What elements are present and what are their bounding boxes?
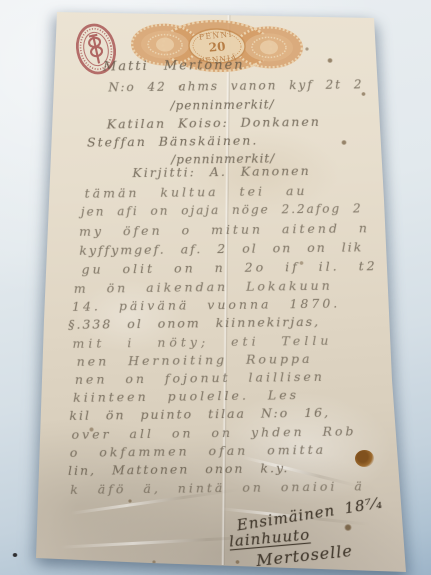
handwriting-line: gu olit on n 2o if il. t2 bbox=[81, 258, 377, 277]
handwritten-text-block: Matti Mertonen N:o 42 ahms vanon kyf 2t … bbox=[0, 0, 431, 575]
handwriting-line: tämän kultua tei au bbox=[85, 183, 308, 201]
paper-shadow-wrap: PENNI 20 PENNIÄ Matti Mertonen N:o 42 ah… bbox=[0, 0, 431, 575]
stain-spot bbox=[344, 524, 352, 531]
handwriting-line: kil ön puinto tilaa N:o 16, bbox=[69, 405, 330, 423]
stain-spot bbox=[152, 560, 156, 564]
handwriting-line: jen afi on ojaja nöge 2.2afog 2 bbox=[81, 201, 363, 218]
handwriting-line: 14. päivänä vuonna 1870. bbox=[72, 296, 340, 314]
handwriting-line: mit i nöty; eti Tellu bbox=[72, 333, 332, 351]
stain-spot bbox=[327, 58, 333, 63]
handwriting-line: kiinteen puolelle. Les bbox=[73, 387, 299, 405]
handwriting-line: Steffan Bänskäinen. bbox=[87, 133, 258, 150]
handwriting-line: lin, Mattonen onon k.y. bbox=[68, 460, 290, 478]
ink-stain bbox=[355, 450, 374, 467]
stain-spot bbox=[89, 427, 94, 432]
document-paper: PENNI 20 PENNIÄ Matti Mertonen N:o 42 ah… bbox=[0, 0, 431, 575]
stain-spot bbox=[299, 261, 304, 265]
handwriting-line: Kirjitti: A. Kanonen bbox=[132, 163, 310, 180]
stain-spot bbox=[305, 47, 309, 51]
stain-spot bbox=[128, 499, 132, 503]
handwriting-line: over all on on yhden Rob bbox=[71, 423, 356, 441]
photo-of-document: PENNI 20 PENNIÄ Matti Mertonen N:o 42 ah… bbox=[0, 0, 431, 575]
handwriting-line: kyffymgef. af. 2 ol on on lik bbox=[79, 239, 363, 257]
handwriting-line: nen on fojonut laillisen bbox=[75, 369, 325, 387]
handwriting-line: Matti Mertonen bbox=[103, 58, 245, 75]
handwriting-line: N:o 42 ahms vanon kyf 2t 2 bbox=[108, 77, 363, 94]
stain-spot bbox=[361, 92, 366, 96]
stain-spot bbox=[341, 140, 347, 145]
handwriting-line: m ön aikendan Lokakuun bbox=[74, 278, 333, 296]
handwriting-line: o okfammen ofan omitta bbox=[70, 442, 326, 460]
handwriting-line: my öfen o mitun aitend n bbox=[79, 220, 370, 239]
handwriting-line: /penninmerkit/ bbox=[170, 97, 274, 112]
handwriting-line: §.338 ol onom kiinnekirjas, bbox=[68, 314, 320, 332]
stain-spot bbox=[178, 85, 182, 88]
handwriting-line: Katilan Koiso: Donkanen bbox=[107, 114, 321, 132]
stain-spot bbox=[235, 560, 240, 564]
handwriting-line: nen Hernoiting Rouppa bbox=[77, 351, 313, 369]
handwriting-line: k äfö ä, nintä on onaioi ä bbox=[70, 478, 365, 497]
